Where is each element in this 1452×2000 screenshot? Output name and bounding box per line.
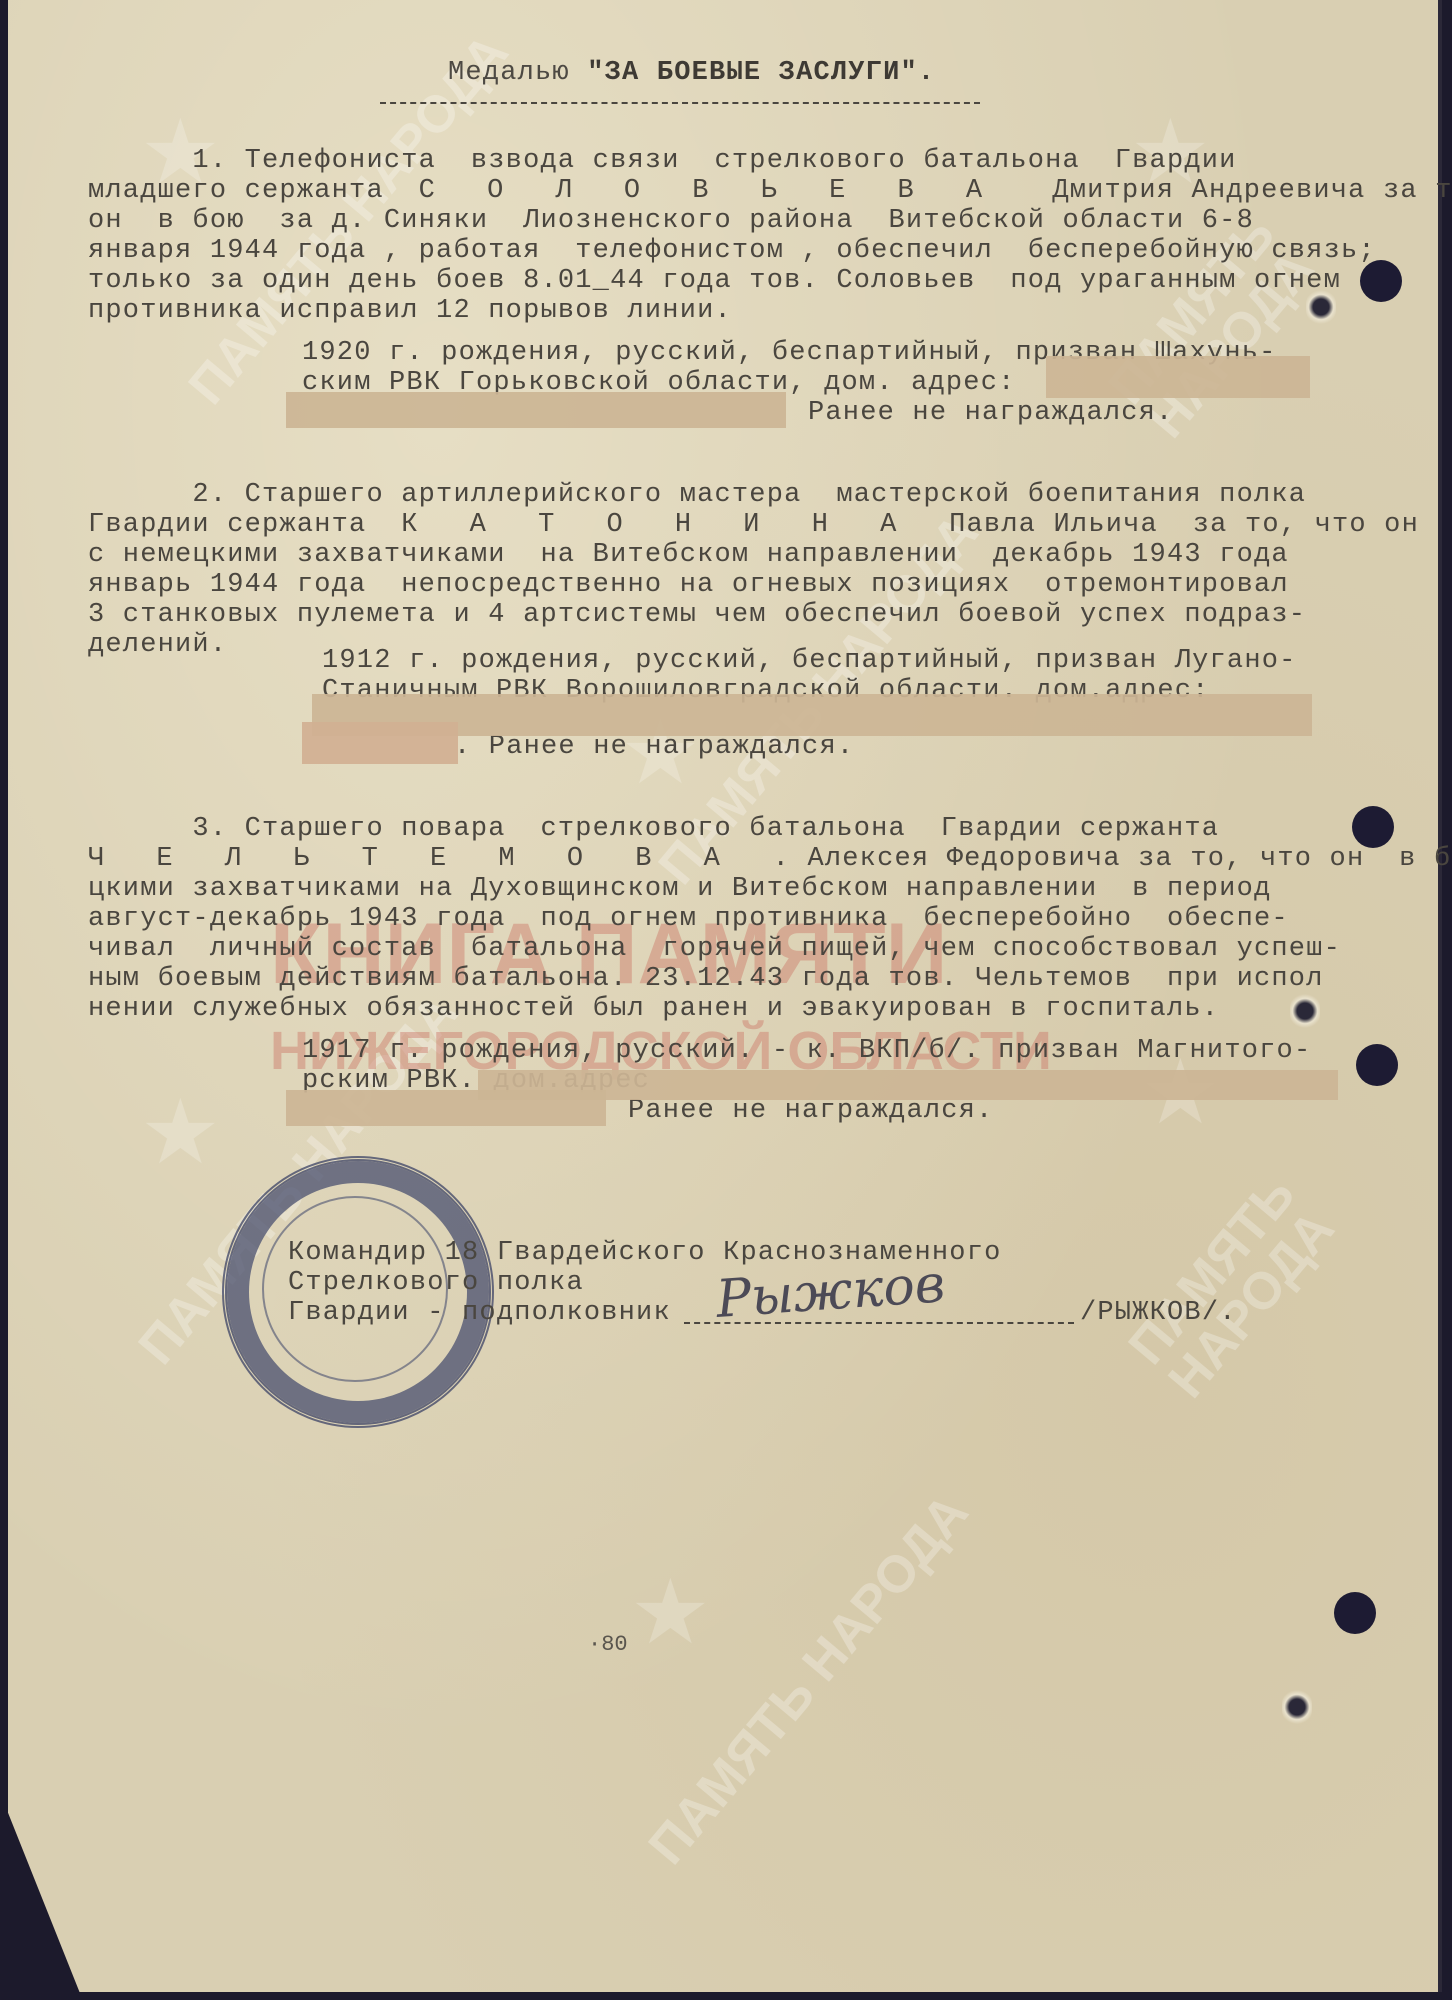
entry-text-line: он в бою за д. Синяки Лиозненского район… (88, 206, 1254, 236)
paper-tear (1290, 994, 1320, 1028)
entry-text-line: января 1944 года , работая телефонистом … (88, 236, 1376, 266)
entry-text-line: Гвардии сержанта К А Т О Н И Н А Павла И… (88, 510, 1452, 540)
entry-text-line: только за один день боев 8.01_44 года то… (88, 266, 1341, 296)
entry-bio-line: 1917 г. рождения, русский. - к. ВКП/б/. … (302, 1036, 1311, 1066)
paper-tear (1306, 290, 1336, 324)
entry-text-line: 3 станковых пулемета и 4 артсистемы чем … (88, 600, 1306, 630)
entry-text-line: противника исправил 12 порывов линии. (88, 296, 732, 326)
redacted-address (1046, 356, 1310, 398)
redacted-address (478, 1070, 1338, 1100)
entry-text-line: младшего сержанта С О Л О В Ь Е В А Дмит… (88, 176, 1452, 206)
entry-text-line: 3. Старшего повара стрелкового батальона… (88, 814, 1219, 844)
punch-hole (1334, 1592, 1376, 1634)
entry-surname: К А Т О Н И Н А (401, 510, 914, 540)
document-title: Медалью "ЗА БОЕВЫЕ ЗАСЛУГИ". (448, 58, 935, 88)
entry-text-line: январь 1944 года непосредственно на огне… (88, 570, 1289, 600)
entry-award-status: Ранее не награждался. (808, 398, 1173, 428)
paper-tear (1282, 1690, 1312, 1724)
page-number: ·80 (588, 1632, 628, 1657)
entry-award-status: Ранее не награждался. (628, 1096, 993, 1126)
punch-hole (1360, 260, 1402, 302)
title-underline (380, 102, 980, 104)
entry-bio-line: 1912 г. рождения, русский, беспартийный,… (322, 646, 1297, 676)
entry-text-line: нении служебных обязанностей был ранен и… (88, 994, 1219, 1024)
entry-text-line: цкими захватчиками на Духовщинском и Вит… (88, 874, 1271, 904)
redacted-address (286, 392, 786, 428)
page-edge (1438, 0, 1442, 1992)
entry-text-line: с немецкими захватчиками на Витебском на… (88, 540, 1289, 570)
entry-text-line: чивал личный состав батальона горячей пи… (88, 934, 1341, 964)
entry-text-line: 1. Телефониста взвода связи стрелкового … (88, 146, 1237, 176)
watermark-star-icon: ★ (140, 1080, 221, 1185)
entry-text-line: делений. (88, 630, 227, 660)
signature-title-line: Стрелкового полка (288, 1268, 584, 1298)
entry-award-status: . Ранее не награждался. (454, 732, 854, 762)
entry-surname: Ч Е Л Ь Т Е М О В А (88, 844, 738, 874)
signature-title-line: Гвардии - подполковник (288, 1298, 671, 1328)
entry-text-line: ным боевым действиям батальона. 23.12.43… (88, 964, 1324, 994)
punch-hole (1352, 806, 1394, 848)
redacted-address (286, 1090, 606, 1126)
entry-surname: С О Л О В Ь Е В А (419, 176, 1000, 206)
redacted-address (302, 722, 458, 764)
watermark-star-icon: ★ (630, 1560, 711, 1665)
entry-text-line: 2. Старшего артиллерийского мастера маст… (88, 480, 1306, 510)
entry-text-line: Ч Е Л Ь Т Е М О В А . Алексея Федоровича… (88, 844, 1452, 874)
entry-text-line: август-декабрь 1943 года под огнем проти… (88, 904, 1289, 934)
punch-hole (1356, 1044, 1398, 1086)
signatory-name: /РЫЖКОВ/. (1080, 1298, 1237, 1328)
redacted-address (312, 694, 1312, 736)
